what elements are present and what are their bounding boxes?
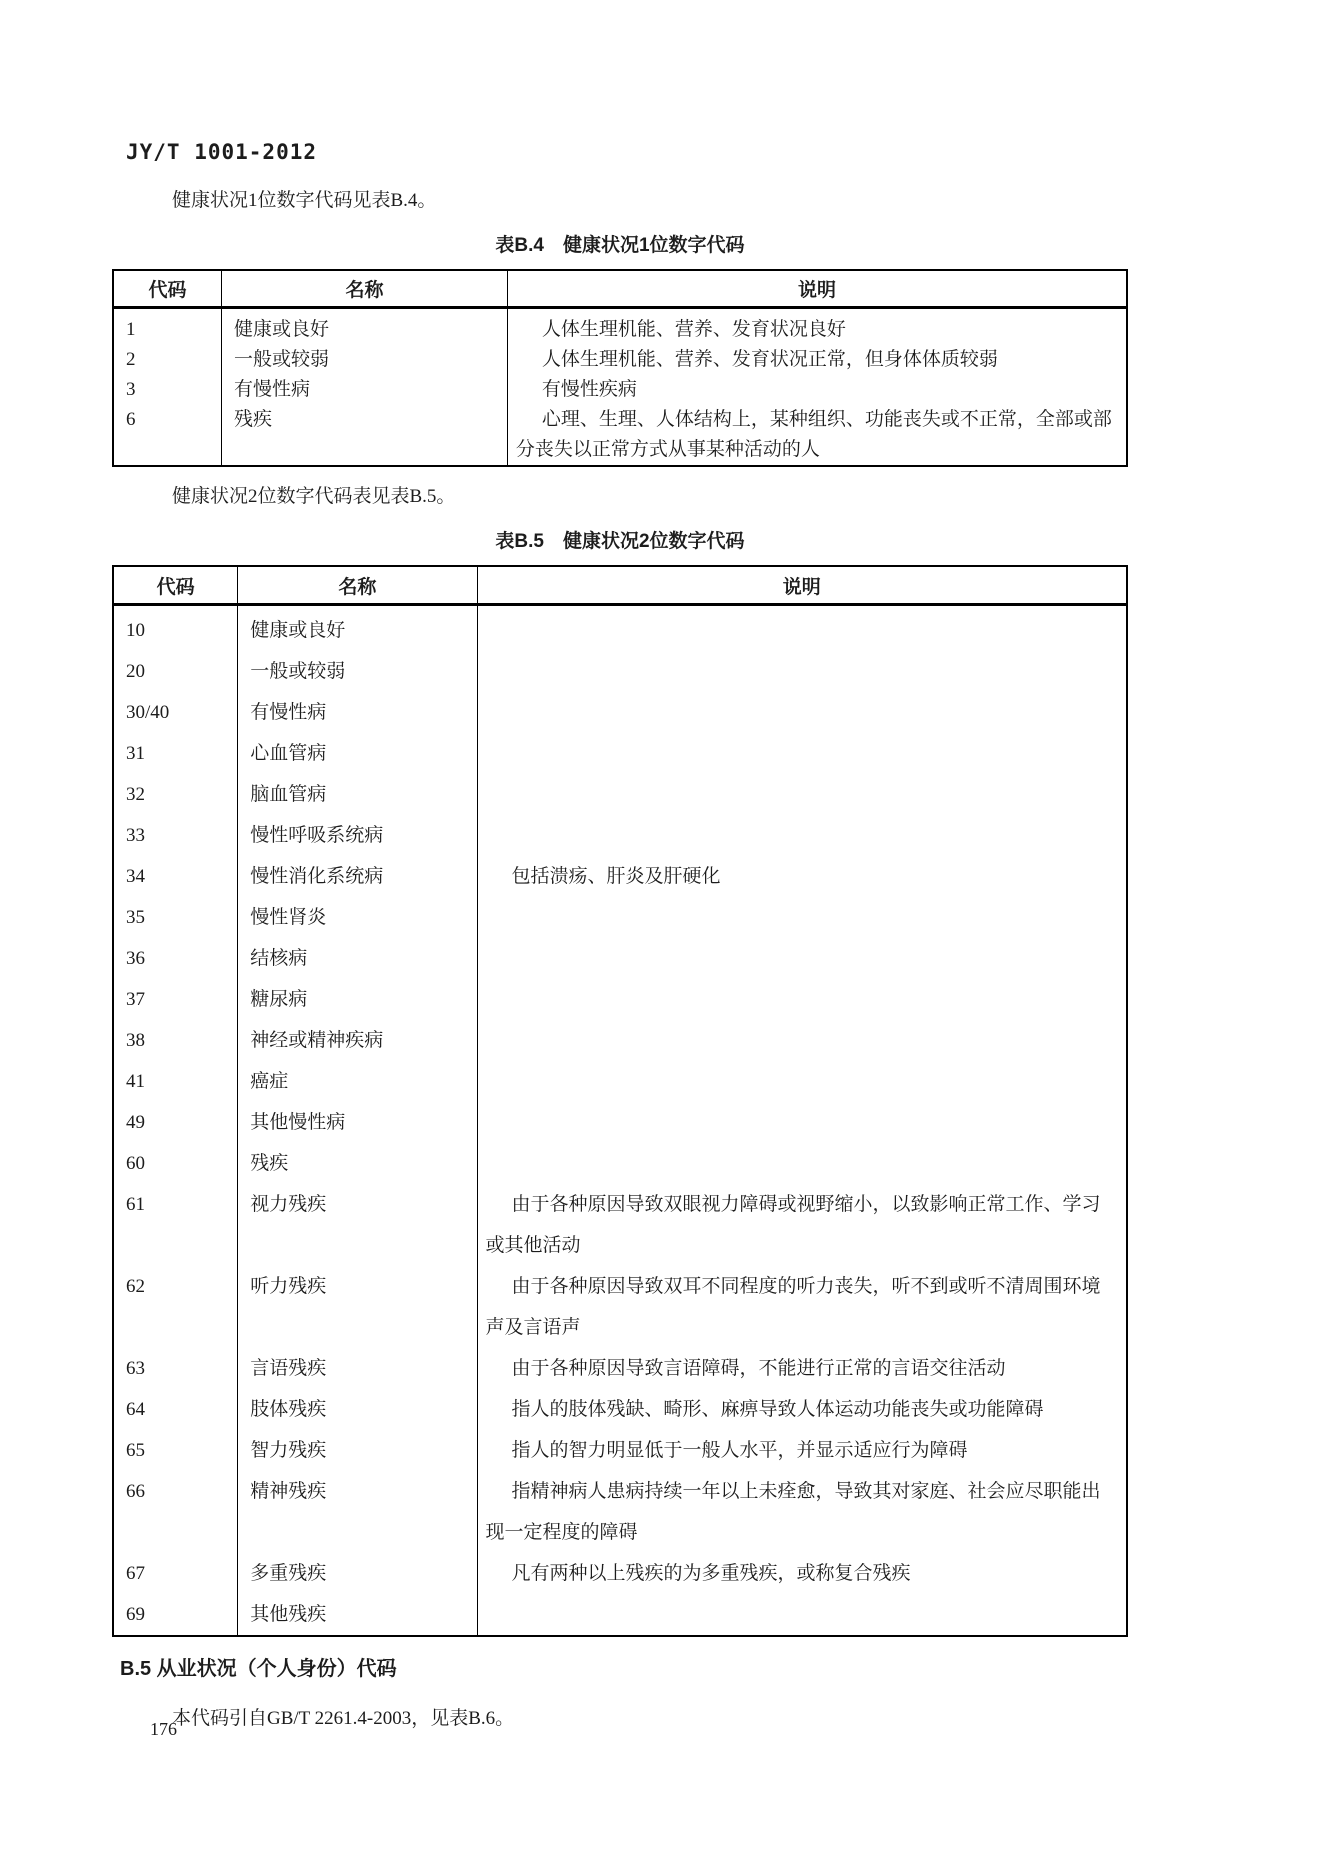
section-b5-paragraph: 本代码引自GB/T 2261.4-2003，见表B.6。 xyxy=(112,1705,1128,1732)
table-row: 62听力残疾由于各种原因导致双耳不同程度的听力丧失，听不到或听不清周围环境声及言… xyxy=(113,1266,1127,1348)
code-cell: 66 xyxy=(113,1471,238,1553)
name-cell: 其他残疾 xyxy=(238,1594,477,1636)
code-cell: 69 xyxy=(113,1594,238,1636)
table-b5-body: 10健康或良好20一般或较弱30/40有慢性病31心血管病32脑血管病33慢性呼… xyxy=(113,605,1127,1637)
table-row: 32脑血管病 xyxy=(113,774,1127,815)
table-row: 64肢体残疾指人的肢体残缺、畸形、麻痹导致人体运动功能丧失或功能障碍 xyxy=(113,1389,1127,1430)
table-row: 6残疾心理、生理、人体结构上，某种组织、功能丧失或不正常，全部或部分丧失以正常方… xyxy=(113,405,1127,466)
description-cell xyxy=(477,1143,1127,1184)
code-cell: 62 xyxy=(113,1266,238,1348)
table-row: 33慢性呼吸系统病 xyxy=(113,815,1127,856)
description-cell xyxy=(477,979,1127,1020)
description-cell: 心理、生理、人体结构上，某种组织、功能丧失或不正常，全部或部分丧失以正常方式从事… xyxy=(507,405,1127,466)
description-cell: 包括溃疡、肝炎及肝硬化 xyxy=(477,856,1127,897)
table-row: 49其他慢性病 xyxy=(113,1102,1127,1143)
name-cell: 健康或良好 xyxy=(221,308,507,346)
table-row: 69其他残疾 xyxy=(113,1594,1127,1636)
name-cell: 有慢性病 xyxy=(221,375,507,405)
description-cell: 人体生理机能、营养、发育状况良好 xyxy=(507,308,1127,346)
name-cell: 多重残疾 xyxy=(238,1553,477,1594)
table-row: 1健康或良好人体生理机能、营养、发育状况良好 xyxy=(113,308,1127,346)
description-cell: 凡有两种以上残疾的为多重残疾，或称复合残疾 xyxy=(477,1553,1127,1594)
code-cell: 31 xyxy=(113,733,238,774)
description-cell xyxy=(477,733,1127,774)
name-cell: 肢体残疾 xyxy=(238,1389,477,1430)
table-row: 35慢性肾炎 xyxy=(113,897,1127,938)
column-header-description: 说明 xyxy=(477,566,1127,605)
code-cell: 65 xyxy=(113,1430,238,1471)
name-cell: 有慢性病 xyxy=(238,692,477,733)
name-cell: 慢性肾炎 xyxy=(238,897,477,938)
table-b4-body: 1健康或良好人体生理机能、营养、发育状况良好2一般或较弱人体生理机能、营养、发育… xyxy=(113,308,1127,467)
description-cell: 人体生理机能、营养、发育状况正常，但身体体质较弱 xyxy=(507,345,1127,375)
name-cell: 健康或良好 xyxy=(238,605,477,652)
table-b5-header-row: 代码 名称 说明 xyxy=(113,566,1127,605)
code-cell: 38 xyxy=(113,1020,238,1061)
code-cell: 49 xyxy=(113,1102,238,1143)
name-cell: 心血管病 xyxy=(238,733,477,774)
code-cell: 35 xyxy=(113,897,238,938)
intro-paragraph-table-b5: 健康状况2位数字代码表见表B.5。 xyxy=(112,483,1128,510)
description-cell: 指人的智力明显低于一般人水平，并显示适应行为障碍 xyxy=(477,1430,1127,1471)
table-row: 60残疾 xyxy=(113,1143,1127,1184)
name-cell: 残疾 xyxy=(238,1143,477,1184)
table-row: 31心血管病 xyxy=(113,733,1127,774)
description-cell xyxy=(477,815,1127,856)
description-cell xyxy=(477,605,1127,652)
description-cell xyxy=(477,692,1127,733)
code-cell: 63 xyxy=(113,1348,238,1389)
name-cell: 慢性呼吸系统病 xyxy=(238,815,477,856)
code-cell: 41 xyxy=(113,1061,238,1102)
name-cell: 言语残疾 xyxy=(238,1348,477,1389)
column-header-name: 名称 xyxy=(221,270,507,308)
table-b4-header-row: 代码 名称 说明 xyxy=(113,270,1127,308)
code-cell: 10 xyxy=(113,605,238,652)
section-b5-heading: B.5 从业状况（个人身份）代码 xyxy=(120,1655,1128,1683)
description-cell: 有慢性疾病 xyxy=(507,375,1127,405)
standard-code-header: JY/T 1001-2012 xyxy=(126,140,1128,165)
table-b4: 代码 名称 说明 1健康或良好人体生理机能、营养、发育状况良好2一般或较弱人体生… xyxy=(112,269,1128,467)
description-cell xyxy=(477,1594,1127,1636)
name-cell: 残疾 xyxy=(221,405,507,466)
table-b5: 代码 名称 说明 10健康或良好20一般或较弱30/40有慢性病31心血管病32… xyxy=(112,565,1128,1637)
column-header-code: 代码 xyxy=(113,566,238,605)
table-b4-caption: 表B.4 健康状况1位数字代码 xyxy=(112,233,1128,259)
table-row: 36结核病 xyxy=(113,938,1127,979)
table-row: 2一般或较弱人体生理机能、营养、发育状况正常，但身体体质较弱 xyxy=(113,345,1127,375)
description-cell: 由于各种原因导致双眼视力障碍或视野缩小，以致影响正常工作、学习或其他活动 xyxy=(477,1184,1127,1266)
description-cell: 指精神病人患病持续一年以上未痊愈，导致其对家庭、社会应尽职能出现一定程度的障碍 xyxy=(477,1471,1127,1553)
description-cell xyxy=(477,1020,1127,1061)
table-row: 61视力残疾由于各种原因导致双眼视力障碍或视野缩小，以致影响正常工作、学习或其他… xyxy=(113,1184,1127,1266)
code-cell: 64 xyxy=(113,1389,238,1430)
code-cell: 30/40 xyxy=(113,692,238,733)
column-header-description: 说明 xyxy=(507,270,1127,308)
description-cell: 由于各种原因导致言语障碍，不能进行正常的言语交往活动 xyxy=(477,1348,1127,1389)
document-page: JY/T 1001-2012 健康状况1位数字代码见表B.4。 表B.4 健康状… xyxy=(0,0,1323,1871)
description-cell xyxy=(477,1061,1127,1102)
code-cell: 33 xyxy=(113,815,238,856)
description-cell xyxy=(477,938,1127,979)
column-header-code: 代码 xyxy=(113,270,221,308)
table-row: 38神经或精神疾病 xyxy=(113,1020,1127,1061)
name-cell: 慢性消化系统病 xyxy=(238,856,477,897)
code-cell: 34 xyxy=(113,856,238,897)
intro-paragraph-table-b4: 健康状况1位数字代码见表B.4。 xyxy=(112,187,1128,214)
name-cell: 视力残疾 xyxy=(238,1184,477,1266)
code-cell: 20 xyxy=(113,651,238,692)
table-row: 3有慢性病有慢性疾病 xyxy=(113,375,1127,405)
column-header-name: 名称 xyxy=(238,566,477,605)
description-cell: 由于各种原因导致双耳不同程度的听力丧失，听不到或听不清周围环境声及言语声 xyxy=(477,1266,1127,1348)
code-cell: 37 xyxy=(113,979,238,1020)
code-cell: 2 xyxy=(113,345,221,375)
name-cell: 精神残疾 xyxy=(238,1471,477,1553)
code-cell: 32 xyxy=(113,774,238,815)
name-cell: 智力残疾 xyxy=(238,1430,477,1471)
name-cell: 神经或精神疾病 xyxy=(238,1020,477,1061)
page-number: 176 xyxy=(150,1718,177,1740)
table-row: 37糖尿病 xyxy=(113,979,1127,1020)
name-cell: 一般或较弱 xyxy=(238,651,477,692)
code-cell: 1 xyxy=(113,308,221,346)
name-cell: 结核病 xyxy=(238,938,477,979)
code-cell: 3 xyxy=(113,375,221,405)
table-row: 63言语残疾由于各种原因导致言语障碍，不能进行正常的言语交往活动 xyxy=(113,1348,1127,1389)
name-cell: 癌症 xyxy=(238,1061,477,1102)
table-row: 65智力残疾指人的智力明显低于一般人水平，并显示适应行为障碍 xyxy=(113,1430,1127,1471)
name-cell: 一般或较弱 xyxy=(221,345,507,375)
table-row: 34慢性消化系统病包括溃疡、肝炎及肝硬化 xyxy=(113,856,1127,897)
table-row: 66精神残疾指精神病人患病持续一年以上未痊愈，导致其对家庭、社会应尽职能出现一定… xyxy=(113,1471,1127,1553)
table-row: 41癌症 xyxy=(113,1061,1127,1102)
table-row: 10健康或良好 xyxy=(113,605,1127,652)
code-cell: 6 xyxy=(113,405,221,466)
code-cell: 36 xyxy=(113,938,238,979)
code-cell: 60 xyxy=(113,1143,238,1184)
table-row: 20一般或较弱 xyxy=(113,651,1127,692)
description-cell xyxy=(477,651,1127,692)
description-cell xyxy=(477,774,1127,815)
table-row: 67多重残疾凡有两种以上残疾的为多重残疾，或称复合残疾 xyxy=(113,1553,1127,1594)
name-cell: 糖尿病 xyxy=(238,979,477,1020)
code-cell: 67 xyxy=(113,1553,238,1594)
description-cell: 指人的肢体残缺、畸形、麻痹导致人体运动功能丧失或功能障碍 xyxy=(477,1389,1127,1430)
name-cell: 听力残疾 xyxy=(238,1266,477,1348)
table-b5-caption: 表B.5 健康状况2位数字代码 xyxy=(112,529,1128,555)
name-cell: 其他慢性病 xyxy=(238,1102,477,1143)
table-row: 30/40有慢性病 xyxy=(113,692,1127,733)
code-cell: 61 xyxy=(113,1184,238,1266)
name-cell: 脑血管病 xyxy=(238,774,477,815)
description-cell xyxy=(477,1102,1127,1143)
page-content: JY/T 1001-2012 健康状况1位数字代码见表B.4。 表B.4 健康状… xyxy=(112,0,1128,1751)
description-cell xyxy=(477,897,1127,938)
